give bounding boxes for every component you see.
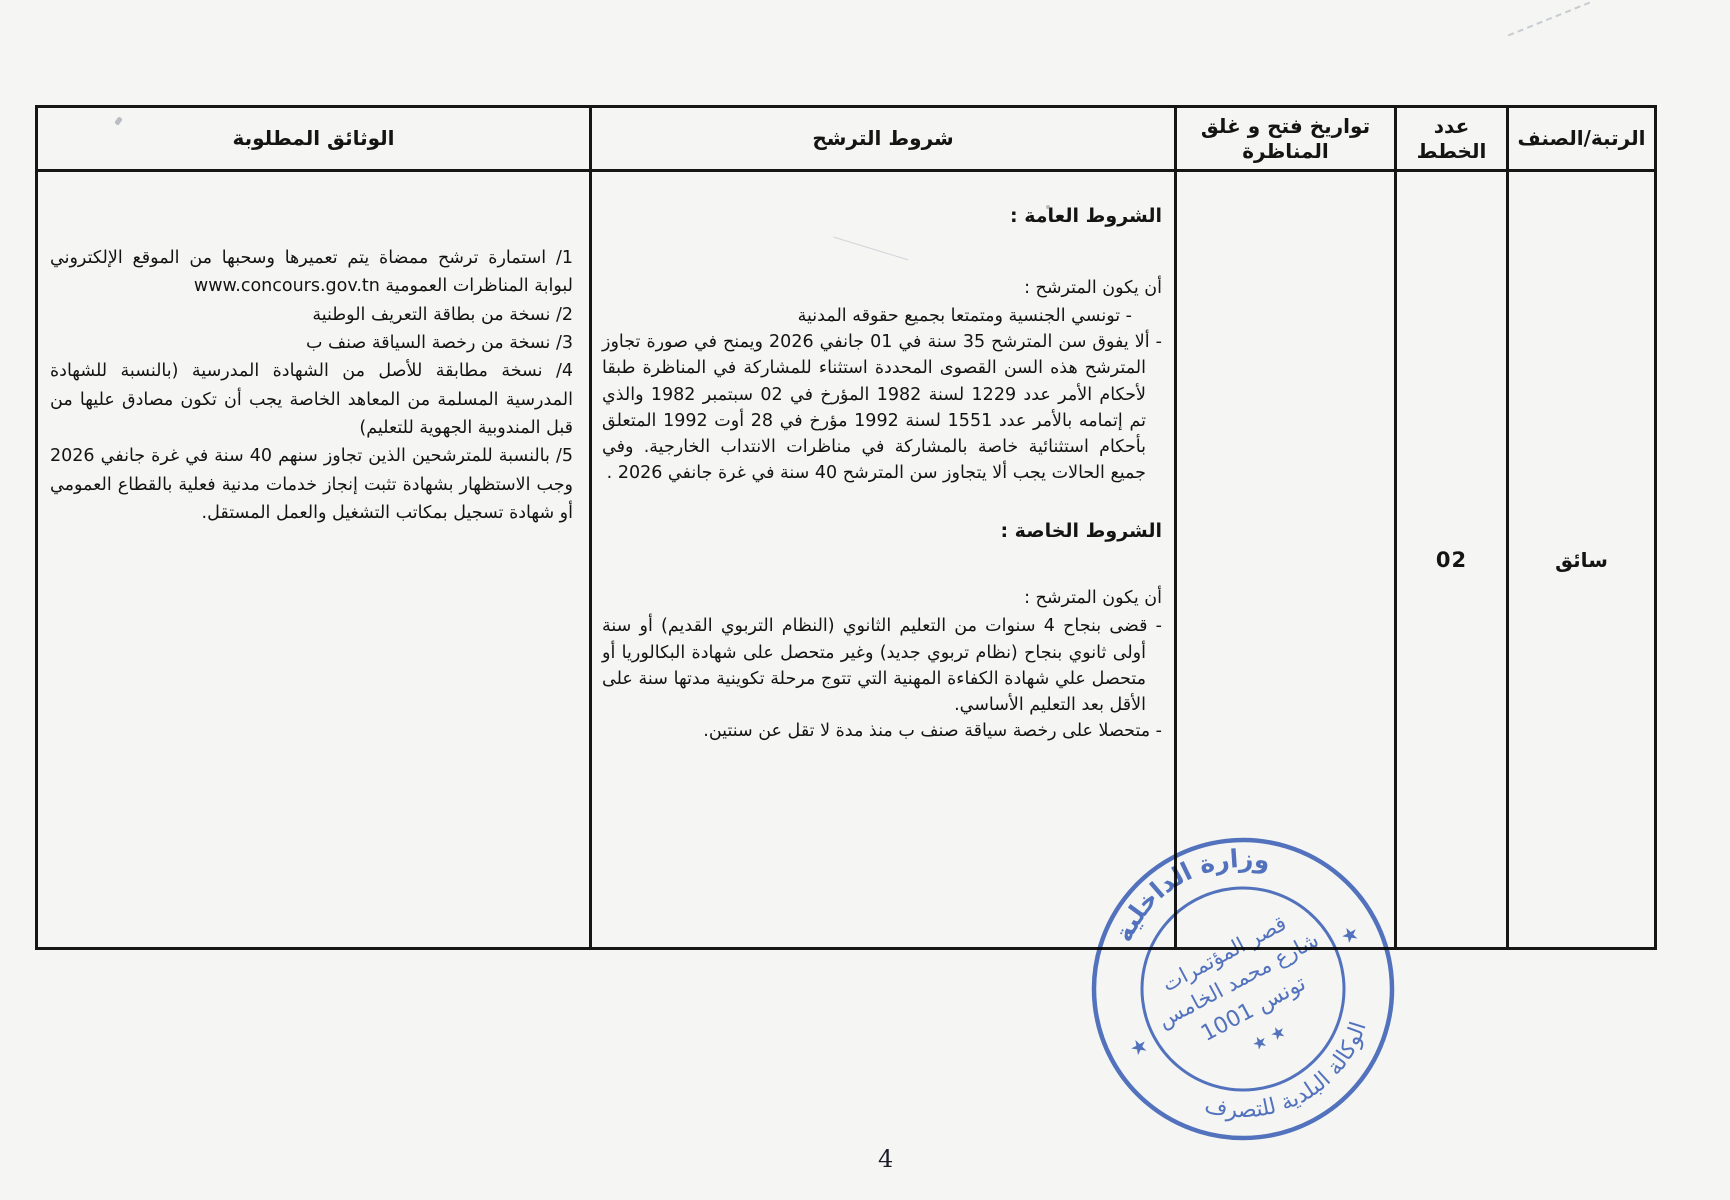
header-conditions-label: شروط الترشح [812,126,953,151]
cell-candidacy-conditions: الشروط العامة : أن يكون المترشح : - تونس… [589,172,1174,947]
document-item: 5/ بالنسبة للمترشحين الذين تجاوز سنهم 40… [50,442,573,527]
header-rank-category: الرتبة/الصنف [1506,108,1654,169]
stamp-stars-bottom-icon: ★ ★ [1249,1021,1290,1056]
table-data-row: سائق 02 الشروط العامة : أن يكون المترشح … [38,172,1654,947]
document-item: 4/ نسخة مطابقة للأصل من الشهادة المدرسية… [50,357,573,442]
header-rank-label: الرتبة/الصنف [1518,126,1646,151]
cell-required-documents: 1/ استمارة ترشح ممضاة يتم تعميرها وسحبها… [38,172,589,947]
rank-value: سائق [1555,548,1608,572]
stamp-center-line-3: 1001 تونس [1197,971,1310,1047]
header-dates-label: تواريخ فتح و غلق المناظرة [1183,114,1388,164]
document-item: 2/ نسخة من بطاقة التعريف الوطنية [50,301,573,329]
header-positions-label: عدد الخطط [1403,114,1500,164]
general-conditions-intro: أن يكون المترشح : [602,275,1162,301]
cell-open-close-dates [1174,172,1394,947]
special-condition-item: - قضى بنجاح 4 سنوات من التعليم الثانوي (… [602,613,1162,718]
documents-text-block: 1/ استمارة ترشح ممضاة يتم تعميرها وسحبها… [38,172,589,527]
special-conditions-title: الشروط الخاصة : [602,517,1162,546]
stamp-arc-bottom-text: الوكالة البلدية للتصرف [1193,1010,1390,1150]
header-candidacy-conditions: شروط الترشح [589,108,1174,169]
general-conditions-title: الشروط العامة : [602,202,1162,231]
cell-rank-category: سائق [1506,172,1654,947]
cell-positions-count: 02 [1394,172,1506,947]
scanned-document-page: الرتبة/الصنف عدد الخطط تواريخ فتح و غلق … [0,0,1730,1200]
document-item: 1/ استمارة ترشح ممضاة يتم تعميرها وسحبها… [50,244,573,301]
scan-speck [1046,205,1050,209]
special-conditions-intro: أن يكون المترشح : [602,585,1162,611]
special-condition-item: - متحصلا على رخصة سياقة صنف ب منذ مدة لا… [602,718,1162,744]
header-open-close-dates: تواريخ فتح و غلق المناظرة [1174,108,1394,169]
svg-text:الوكالة البلدية للتصرف: الوكالة البلدية للتصرف [1193,1010,1390,1150]
conditions-text-block: الشروط العامة : أن يكون المترشح : - تونس… [592,172,1174,745]
recruitment-table: الرتبة/الصنف عدد الخطط تواريخ فتح و غلق … [35,105,1657,950]
document-item: 3/ نسخة من رخصة السياقة صنف ب [50,329,573,357]
header-documents-label: الوثائق المطلوبة [232,126,394,151]
page-number: 4 [878,1145,893,1173]
scan-scratch-mark [1508,2,1590,37]
general-condition-item: - تونسي الجنسية ومتمتعا بجميع حقوقه المد… [602,303,1162,329]
table-header-row: الرتبة/الصنف عدد الخطط تواريخ فتح و غلق … [38,108,1654,172]
header-positions-count: عدد الخطط [1394,108,1506,169]
general-condition-item: - ألا يفوق سن المترشح 35 سنة في 01 جانفي… [602,329,1162,487]
positions-value: 02 [1436,548,1467,572]
stamp-star-left-icon: ★ [1125,1032,1152,1062]
